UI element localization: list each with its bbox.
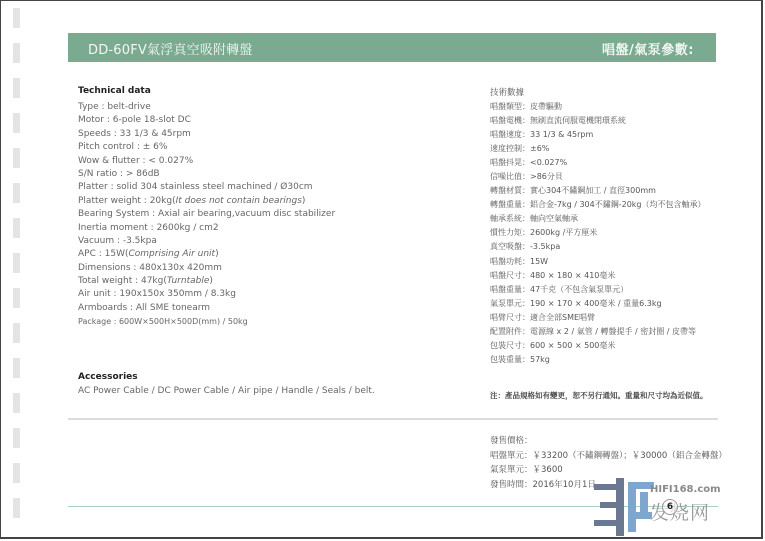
spec-row-zh: 慣性力矩：2600kg /平方厘米	[490, 226, 740, 240]
binder-hole	[13, 288, 20, 308]
spec-row-zh: 唱盤抖晃：<0.027%	[490, 156, 740, 170]
spec-row-zh: 配置附件：電源線 x 2 / 氣管 / 轉盤提手 / 密封圈 / 皮帶等	[490, 325, 740, 339]
disclaimer-note: 注：產品規格如有變更，恕不另行通知。重量和尺寸均為近似值。	[490, 390, 708, 401]
price-row: 氣泵單元：￥3600	[490, 463, 750, 478]
binder-hole	[13, 428, 20, 448]
binder-hole	[13, 183, 20, 203]
spec-row: Total weight : 47kg(Turntable)	[78, 275, 458, 288]
technical-data-heading: Technical data	[78, 86, 458, 97]
section-divider	[68, 418, 718, 420]
spec-row-zh: 唱盤功耗：15W	[490, 255, 740, 269]
spec-row: Speeds : 33 1/3 & 45rpm	[78, 128, 458, 141]
spec-row: Bearing System : Axial air bearing,vacuu…	[78, 208, 458, 221]
watermark-site: HIFI168.com	[650, 484, 721, 495]
spec-row-zh: 軸承系統：軸向空氣軸承	[490, 212, 740, 226]
spec-row: Type : belt-drive	[78, 101, 458, 114]
technical-data-zh-heading: 技術數據	[490, 86, 740, 100]
binder-hole	[13, 393, 20, 413]
spec-row: Armboards : All SME tonearm	[78, 302, 458, 315]
spec-row: Motor : 6-pole 18-slot DC	[78, 114, 458, 127]
spec-row-zh: 唱盤電機：無刷直流伺服電機閉環系統	[490, 114, 740, 128]
binder-hole	[13, 358, 20, 378]
spec-row: Platter weight : 20kg(It does not contai…	[78, 195, 458, 208]
binder-holes	[13, 0, 23, 541]
price-row: 發售價格：	[490, 434, 750, 449]
spec-row-zh: 轉盤重量：鋁合金-7kg / 304不鏽鋼-20kg（均不包含軸承）	[490, 198, 740, 212]
accessories-en: Accessories AC Power Cable / DC Power Ca…	[78, 372, 458, 396]
accessories-heading: Accessories	[78, 372, 458, 386]
technical-data-en: Technical data Type : belt-drive Motor :…	[78, 86, 458, 329]
spec-row-zh: 唱盤尺寸：480 × 180 × 410毫米	[490, 269, 740, 283]
spec-row-zh: 真空吸盤：-3.5kpa	[490, 240, 740, 254]
binder-hole	[13, 253, 20, 273]
spec-row: Air unit : 190x150x 350mm / 8.3kg	[78, 288, 458, 301]
binder-hole	[13, 113, 20, 133]
spec-row-zh: 唱盤速度：33 1/3 & 45rpm	[490, 128, 740, 142]
spec-row: Inertia moment : 2600kg / cm2	[78, 222, 458, 235]
binder-hole	[13, 323, 20, 343]
spec-row: Vacuum : -3.5kpa	[78, 235, 458, 248]
technical-data-zh: 技術數據 唱盤類型：皮帶驅動 唱盤電機：無刷直流伺服電機閉環系統 唱盤速度：33…	[490, 86, 740, 367]
spec-row: Platter : solid 304 stainless steel mach…	[78, 181, 458, 194]
spec-row-zh: 速度控制：±6%	[490, 142, 740, 156]
spec-row: Wow & flutter : < 0.027%	[78, 155, 458, 168]
price-row: 唱盤單元：￥33200（不鏽鋼轉盤）；￥30000（鋁合金轉盤）	[490, 449, 750, 464]
spec-row: APC : 15W(Comprising Air unit)	[78, 248, 458, 261]
spec-row-zh: 包裝尺寸：600 × 500 × 500毫米	[490, 339, 740, 353]
binder-hole	[13, 78, 20, 98]
binder-hole	[13, 498, 20, 518]
spec-row-zh: 轉盤材質：實心304不鏽鋼加工 / 直徑300mm	[490, 184, 740, 198]
binder-hole	[13, 218, 20, 238]
binder-hole	[13, 8, 20, 28]
watermark-logo-icon	[594, 478, 654, 536]
spec-row: Pitch control : ± 6%	[78, 141, 458, 154]
spec-row-zh: 唱盤類型：皮帶驅動	[490, 100, 740, 114]
binder-hole	[13, 148, 20, 168]
spec-row-zh: 唱臂尺寸：適合全部SME唱臂	[490, 311, 740, 325]
spec-row: Dimensions : 480x130x 420mm	[78, 262, 458, 275]
section-label: 唱盤/氣泵參數:	[602, 39, 694, 58]
spec-row-zh: 唱盤重量：47千克（不包含氣泵單元）	[490, 283, 740, 297]
header-bar: DD-60FV氣浮真空吸附轉盤 唱盤/氣泵參數:	[68, 33, 716, 62]
binder-hole	[13, 43, 20, 63]
binder-hole	[13, 463, 20, 483]
spec-row-zh: 信噪比值：>86分貝	[490, 170, 740, 184]
product-title: DD-60FV氣浮真空吸附轉盤	[88, 39, 253, 58]
spec-row: Package : 600W×500H×500D(mm) / 50kg	[78, 315, 458, 328]
page-number: 6	[662, 499, 678, 515]
spec-row-zh: 氣泵單元：190 × 170 × 400毫米 / 重量6.3kg	[490, 297, 740, 311]
accessories-text: AC Power Cable / DC Power Cable / Air pi…	[78, 386, 458, 396]
spec-row-zh: 包裝重量：57kg	[490, 353, 740, 367]
watermark-text: 发烧网	[650, 498, 710, 525]
spec-row: S/N ratio : > 86dB	[78, 168, 458, 181]
